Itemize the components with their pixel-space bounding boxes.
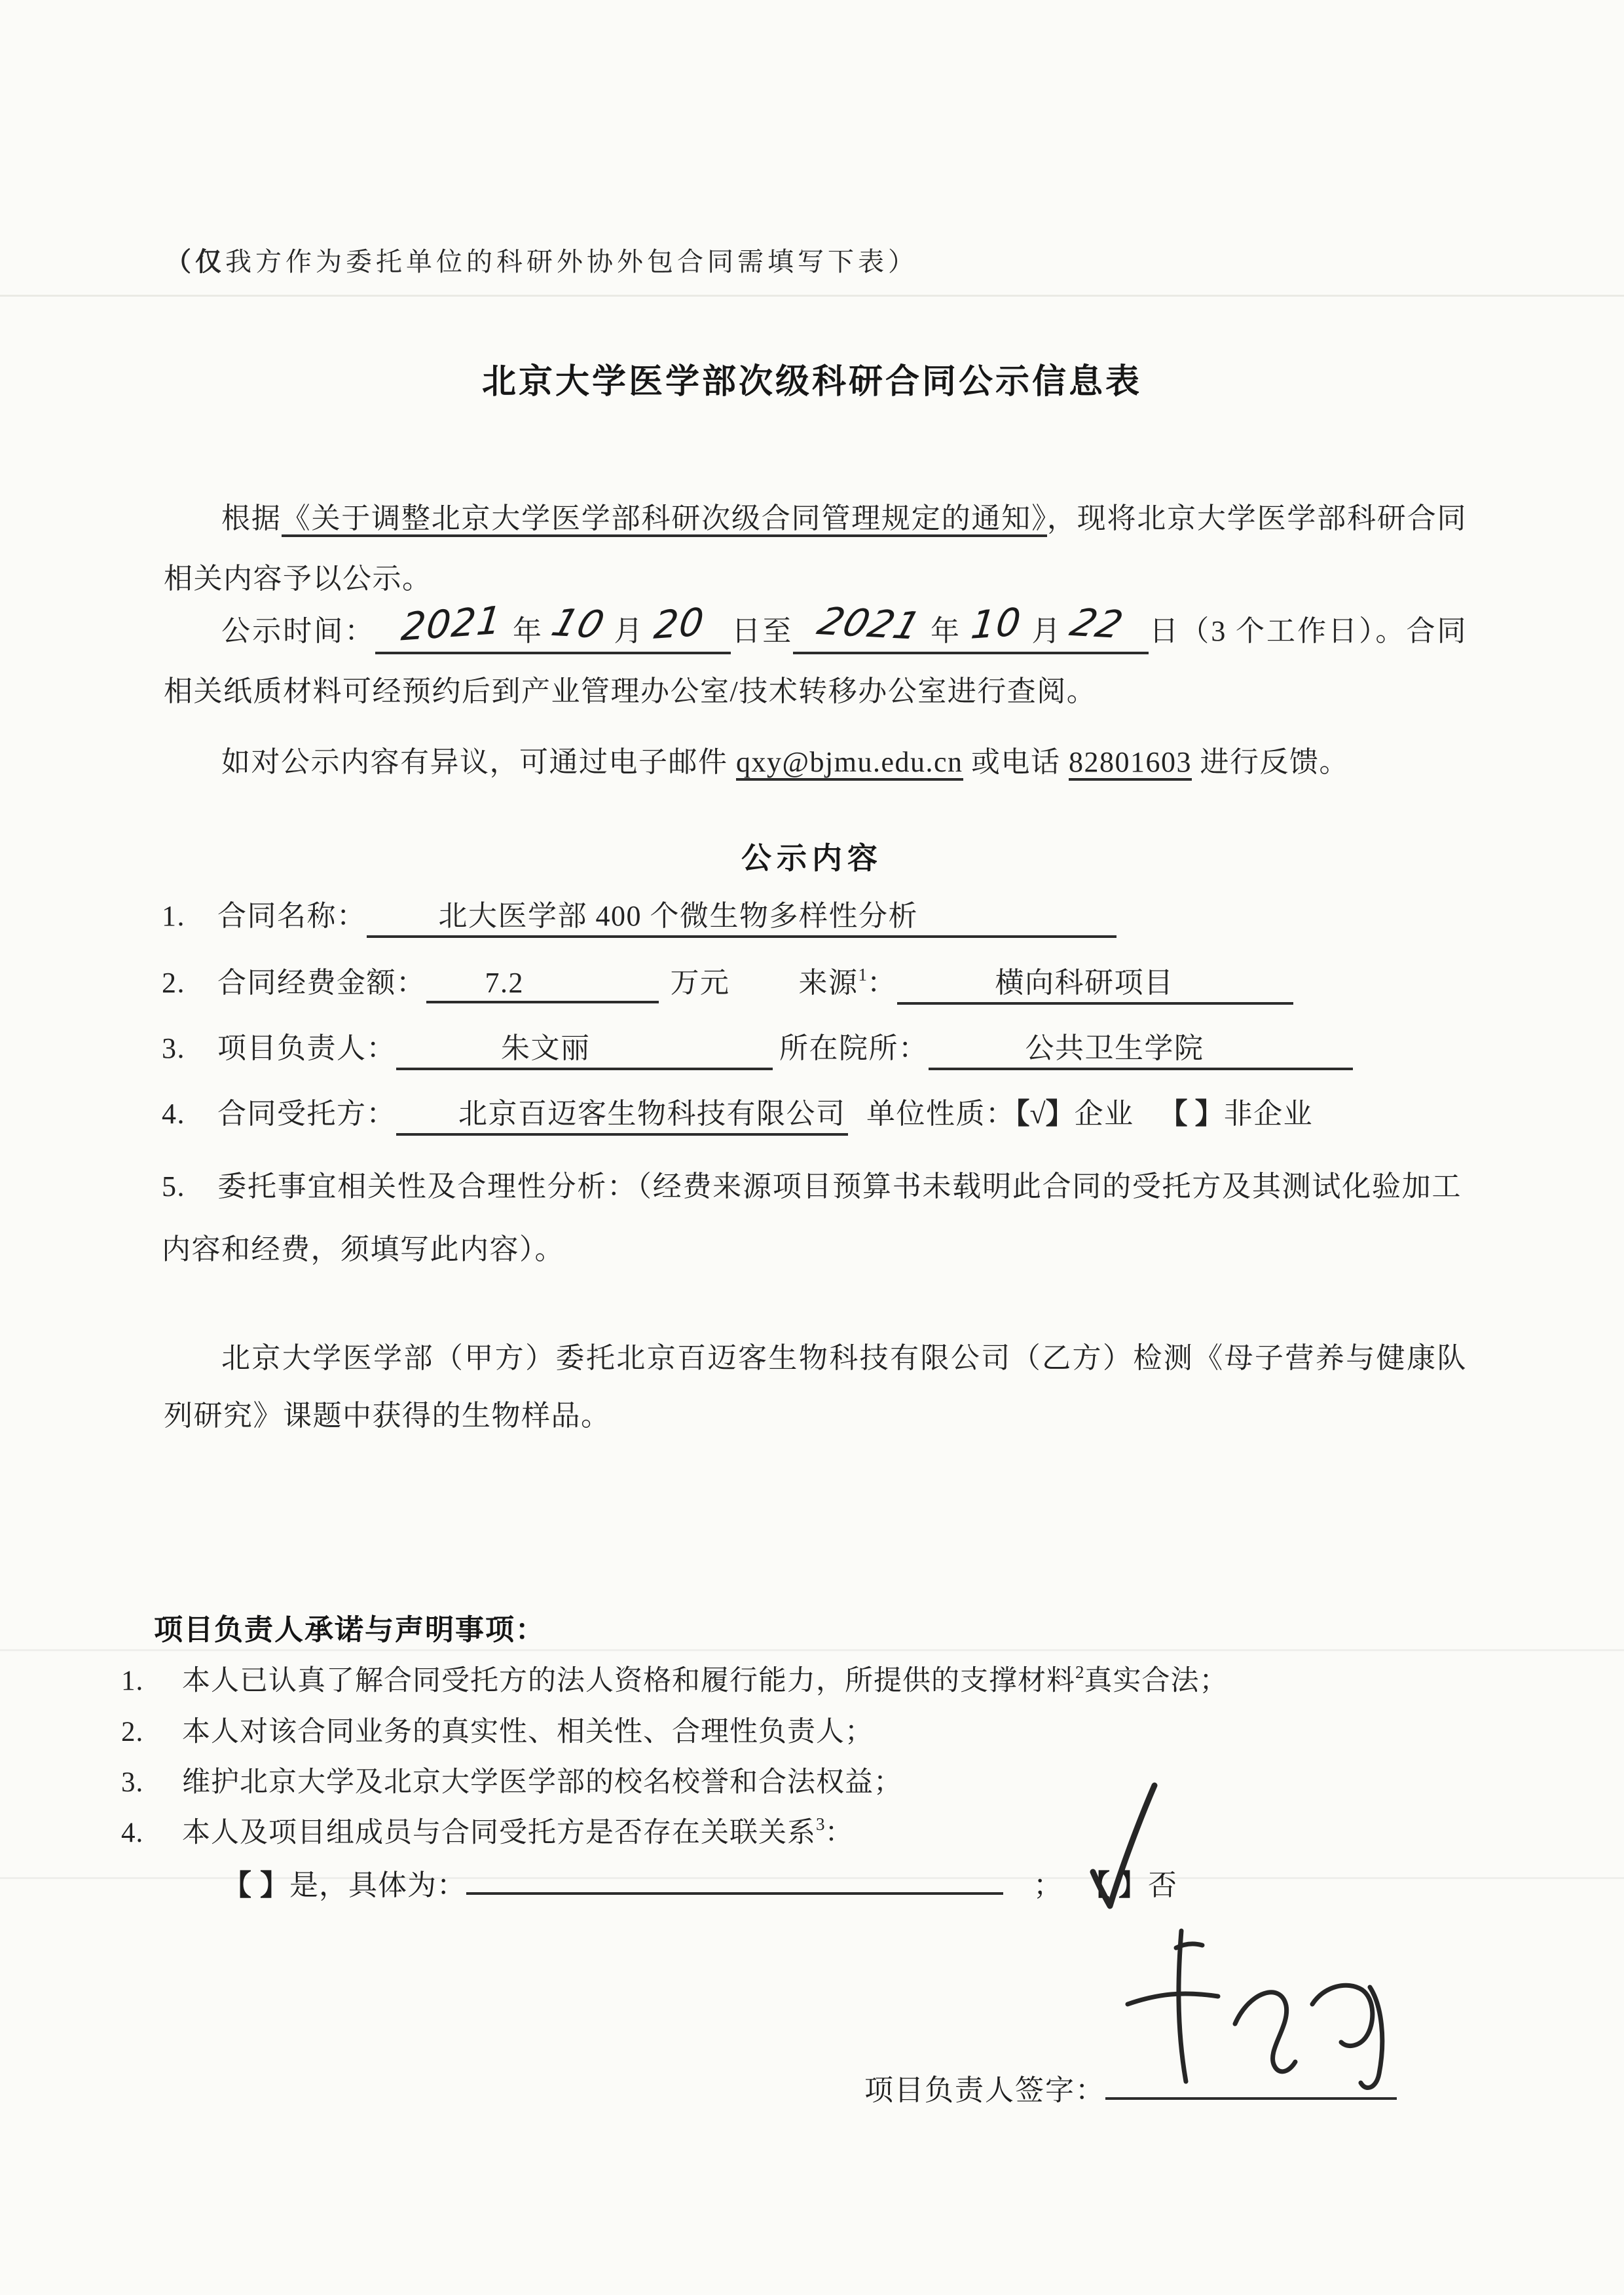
feedback-email: qxy@bjmu.edu.cn (736, 746, 963, 781)
declaration-item: 4.本人及项目组成员与合同受托方是否存在关联关系3： (121, 1810, 1483, 1850)
enterprise-label: 企业 (1075, 1098, 1134, 1130)
decl-text-tail: ： (825, 1818, 854, 1848)
contract-item-name: 1.合同名称：北大医学部 400 个微生物多样性分析 (162, 892, 1478, 938)
decl-text: 维护北京大学及北京大学医学部的校名校誉和合法权益； (182, 1767, 902, 1798)
scan-artifact-line (0, 1649, 1624, 1651)
source-label: 来源1： (799, 967, 897, 999)
item-label: 合同名称： (217, 900, 367, 932)
handwritten-month-from: 10 (547, 603, 609, 643)
day-unit: 日 (1149, 615, 1181, 647)
decl-number: 4. (121, 1817, 182, 1849)
signature-handwriting (1118, 1927, 1400, 2100)
related-relationship-row: 【 】是，具体为：；【 】否 (223, 1861, 1177, 1903)
document-title: 北京大学医学部次级科研合同公示信息表 (0, 354, 1624, 403)
scan-artifact-line (0, 295, 1624, 297)
year-unit: 年 (931, 615, 961, 647)
contract-item-amount: 2.合同经费金额：7.2万元来源1：横向科研项目 (162, 959, 1478, 1005)
institute-value-underline: 公共卫生学院 (929, 1024, 1353, 1070)
handwritten-checkmark-icon (1084, 1782, 1162, 1926)
non-enterprise-checkbox-empty: 【 】 (1159, 1098, 1224, 1130)
footnote-marker-2: 2 (1075, 1662, 1084, 1682)
notice-title-underlined: 《关于调整北京大学医学部科研次级合同管理规定的通知》 (282, 502, 1047, 537)
feedback-pre: 如对公示内容有异议，可通过电子邮件 (221, 746, 736, 778)
item-number: 5. (162, 1155, 217, 1218)
day-to-connector: 日至 (731, 615, 794, 647)
item-label: 合同经费金额： (217, 967, 426, 999)
footnote-marker-1: 1 (858, 965, 868, 984)
analysis-text: 委托事宜相关性及合理性分析：（经费来源项目预算书未载明此合同的受托方及其测试化验… (162, 1170, 1462, 1265)
handwritten-month-to: 10 (969, 603, 1024, 644)
publicity-content-heading: 公示内容 (0, 834, 1624, 878)
item-label: 合同受托方： (217, 1098, 396, 1130)
yes-detail-blank-underline (466, 1892, 1003, 1895)
period-to-blank: 2021年10月22 (793, 608, 1148, 654)
item-number: 2. (162, 966, 217, 999)
source-label-text: 来源 (799, 967, 858, 999)
decl-text: 本人已认真了解合同受托方的法人资格和履行能力，所提供的支撑材料 (182, 1666, 1075, 1696)
enterprise-checkbox-checked: 【√】 (1016, 1098, 1075, 1130)
signature-row: 项目负责人签字： (864, 2063, 1397, 2108)
non-enterprise-label: 非企业 (1224, 1098, 1314, 1130)
decl-number: 1. (121, 1665, 182, 1697)
contract-item-analysis: 5.委托事宜相关性及合理性分析：（经费来源项目预算书未载明此合同的受托方及其测试… (162, 1155, 1462, 1281)
item-value-underline: 北大医学部 400 个微生物多样性分析 (367, 892, 1116, 938)
handwritten-year-to: 2021 (814, 602, 926, 644)
month-unit: 月 (1031, 615, 1061, 647)
source-value-underline: 横向科研项目 (897, 959, 1293, 1005)
decl-text-tail: 真实合法； (1084, 1666, 1228, 1696)
yes-label: 是，具体为： (289, 1869, 466, 1901)
footnote-marker-3: 3 (816, 1814, 825, 1834)
handwritten-day-to: 22 (1066, 603, 1128, 643)
feedback-paragraph: 如对公示内容有异议，可通过电子邮件 qxy@bjmu.edu.cn 或电话 82… (164, 732, 1467, 793)
declaration-item: 3.维护北京大学及北京大学医学部的校名校誉和合法权益； (121, 1760, 1483, 1800)
declaration-heading: 项目负责人承诺与声明事项： (154, 1606, 545, 1648)
year-unit: 年 (513, 615, 543, 647)
institute-label: 所在院所： (779, 1032, 929, 1064)
decl-number: 3. (121, 1766, 182, 1799)
no-checkbox-checked: 【 】 (1081, 1861, 1148, 1903)
period-label: 公示时间： (164, 615, 375, 647)
period-from-blank: 2021年10月20 (375, 608, 730, 654)
amount-unit: 万元 (671, 967, 730, 999)
top-note-text: 我方作为委托单位的科研外协外包合同需填写下表） (225, 247, 918, 276)
month-unit: 月 (614, 615, 644, 647)
intro-paragraph: 根据《关于调整北京大学医学部科研次级合同管理规定的通知》，现将北京大学医学部科研… (164, 489, 1467, 609)
source-label-colon: ： (867, 967, 897, 999)
contractor-value-underline: 北京百迈客生物科技有限公司 (396, 1090, 848, 1136)
decl-text: 本人对该合同业务的真实性、相关性、合理性负责人； (182, 1717, 874, 1747)
item-number: 1. (162, 899, 217, 933)
yes-checkbox-empty: 【 】 (223, 1869, 289, 1901)
handwritten-year-from: 2021 (400, 601, 504, 646)
item-number: 4. (162, 1097, 217, 1130)
decl-text: 本人及项目组成员与合同受托方是否存在关联关系 (182, 1818, 816, 1848)
semicolon: ； (1033, 1869, 1063, 1901)
entity-type-label: 单位性质： (866, 1098, 1016, 1130)
declaration-item: 2.本人对该合同业务的真实性、相关性、合理性负责人； (121, 1709, 1483, 1749)
item-number: 3. (162, 1032, 217, 1065)
feedback-mid: 或电话 (963, 746, 1069, 778)
intro-pre: 根据 (221, 502, 282, 534)
declaration-item: 1.本人已认真了解合同受托方的法人资格和履行能力，所提供的支撑材料2真实合法； (121, 1658, 1483, 1698)
signature-label: 项目负责人签字： (864, 2074, 1105, 2106)
feedback-post: 进行反馈。 (1192, 746, 1349, 778)
contract-item-pi: 3.项目负责人：朱文丽所在院所：公共卫生学院 (162, 1024, 1478, 1070)
scanned-document-page: （仅我方作为委托单位的科研外协外包合同需填写下表） 北京大学医学部次级科研合同公… (0, 0, 1624, 2295)
contract-item-contractor: 4.合同受托方：北京百迈客生物科技有限公司单位性质：【√】企业【 】非企业 (162, 1090, 1478, 1136)
entrust-paragraph: 北京大学医学部（甲方）委托北京百迈客生物科技有限公司（乙方）检测《母子营养与健康… (164, 1330, 1467, 1445)
publicity-period-paragraph: 公示时间：2021年10月20日至2021年10月22日（3 个工作日）。合同相… (164, 601, 1467, 722)
feedback-phone: 82801603 (1069, 746, 1192, 781)
top-note-bold: （仅 (165, 247, 225, 276)
top-note: （仅我方作为委托单位的科研外协外包合同需填写下表） (165, 241, 918, 278)
pi-name-underline: 朱文丽 (396, 1024, 773, 1070)
item-label: 项目负责人： (217, 1032, 396, 1064)
handwritten-day-from: 20 (652, 603, 707, 644)
decl-number: 2. (121, 1716, 182, 1748)
signature-underline (1105, 2063, 1397, 2100)
amount-value-underline: 7.2 (426, 966, 659, 1003)
